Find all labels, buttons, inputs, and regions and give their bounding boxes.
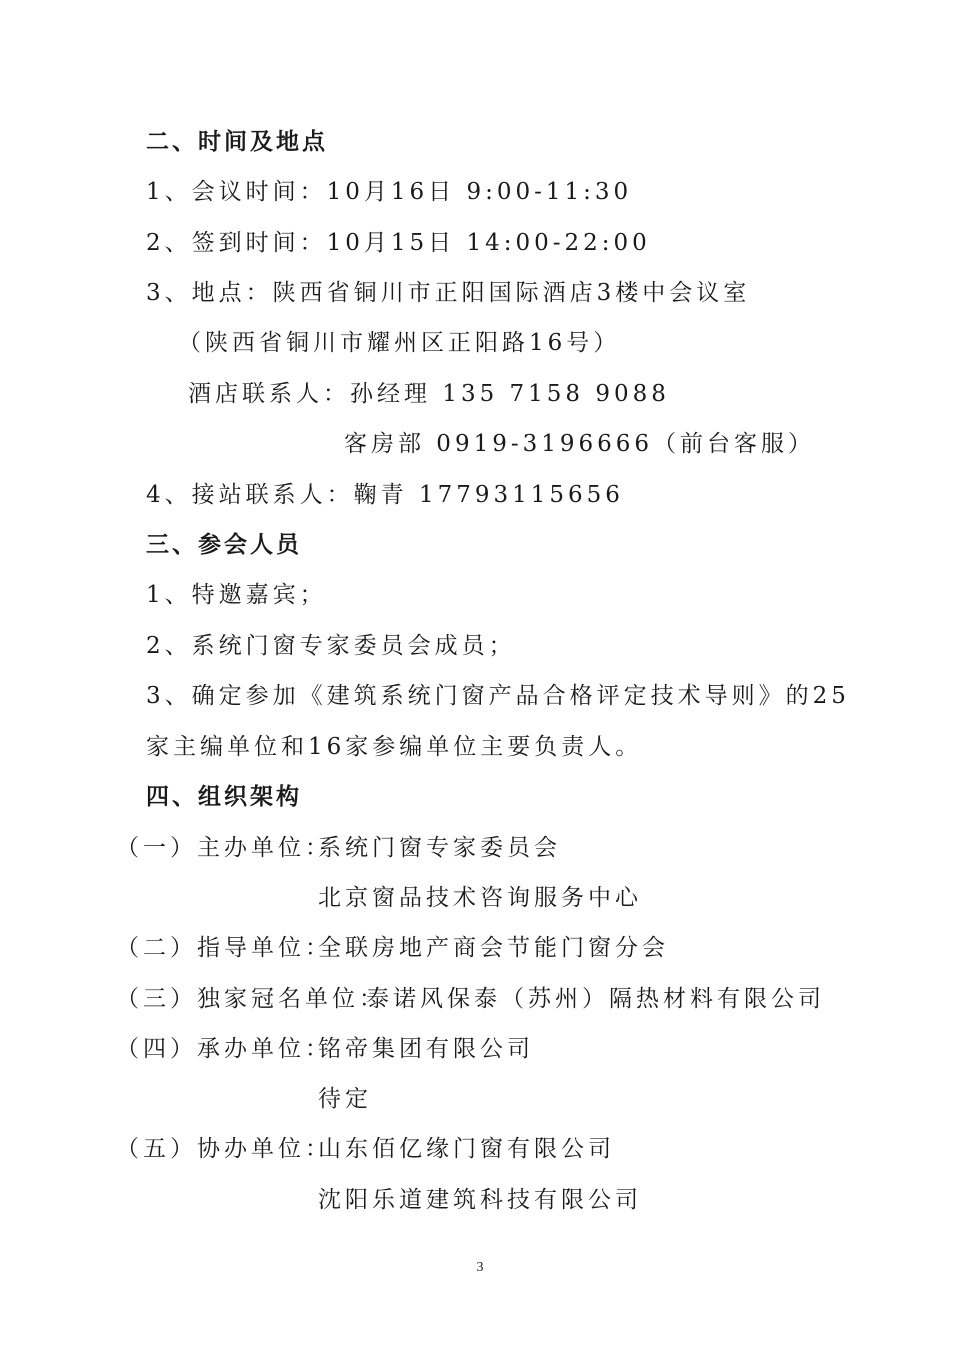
org-label-guidance: （二）指导单位： bbox=[116, 933, 332, 963]
meeting-time: 1、会议时间：10月16日 9:00-11:30 bbox=[146, 177, 632, 207]
section-heading-time-place: 二、时间及地点 bbox=[146, 127, 328, 157]
room-department-contact: 客房部 0919-3196666（前台客服） bbox=[344, 429, 815, 459]
page-number: 3 bbox=[0, 1260, 960, 1276]
attendee-item: 2、系统门窗专家委员会成员； bbox=[146, 631, 516, 661]
attendee-item: 3、确定参加《建筑系统门窗产品合格评定技术导则》的25 bbox=[146, 681, 850, 711]
attendee-item-continued: 家主编单位和16家参编单位主要负责人。 bbox=[146, 732, 642, 762]
org-value: 沈阳乐道建筑科技有限公司 bbox=[318, 1185, 642, 1215]
org-label-co-organizer: （五）协办单位： bbox=[116, 1134, 332, 1164]
hotel-contact: 酒店联系人：孙经理 135 7158 9088 bbox=[188, 379, 670, 409]
org-value: 山东佰亿缘门窗有限公司 bbox=[318, 1134, 615, 1164]
venue-address: （陕西省铜川市耀州区正阳路16号） bbox=[178, 328, 620, 358]
org-label-organizer: （四）承办单位： bbox=[116, 1034, 332, 1064]
org-value: 全联房地产商会节能门窗分会 bbox=[318, 933, 669, 963]
section-heading-organization: 四、组织架构 bbox=[146, 782, 302, 812]
org-value: 北京窗品技术咨询服务中心 bbox=[318, 883, 642, 913]
org-value: 系统门窗专家委员会 bbox=[318, 833, 561, 863]
org-value: 铭帝集团有限公司 bbox=[318, 1034, 534, 1064]
attendee-item: 1、特邀嘉宾； bbox=[146, 580, 327, 610]
org-label-title-sponsor: （三）独家冠名单位： bbox=[116, 984, 386, 1014]
org-value: 待定 bbox=[318, 1084, 372, 1114]
pickup-contact: 4、接站联系人：鞠青 17793115656 bbox=[146, 480, 624, 510]
org-value: 泰诺风保泰（苏州）隔热材料有限公司 bbox=[366, 984, 825, 1014]
checkin-time: 2、签到时间：10月15日 14:00-22:00 bbox=[146, 228, 651, 258]
section-heading-attendees: 三、参会人员 bbox=[146, 530, 302, 560]
org-label-host: （一）主办单位： bbox=[116, 833, 332, 863]
venue: 3、地点：陕西省铜川市正阳国际酒店3楼中会议室 bbox=[146, 278, 750, 308]
